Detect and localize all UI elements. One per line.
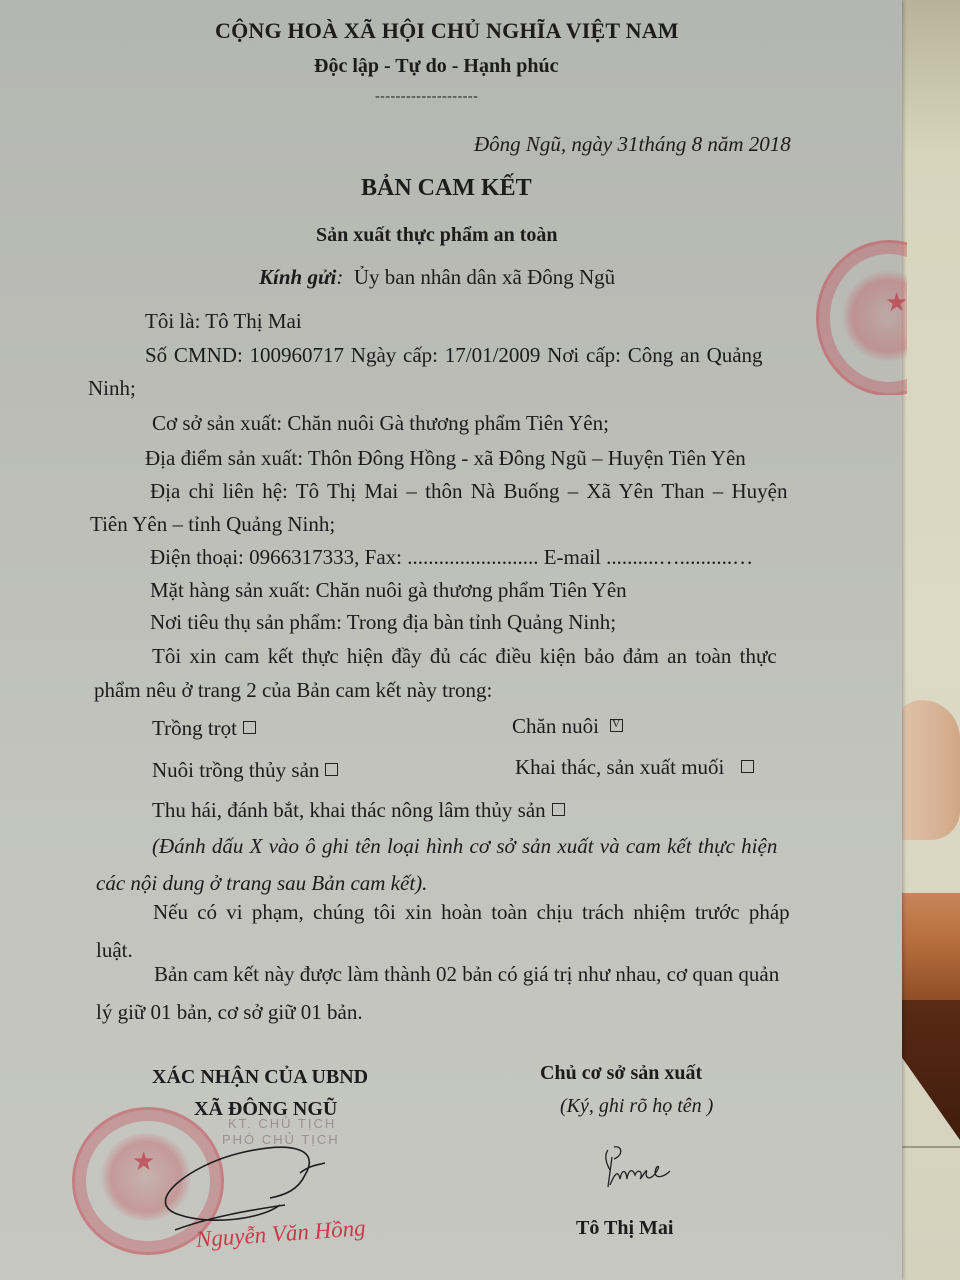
field-id-line2: Ninh;: [88, 378, 136, 399]
field-address-line1: Địa chỉ liên hệ: Tô Thị Mai – thôn Nà Bu…: [150, 481, 787, 502]
category-label: Khai thác, sản xuất muối: [515, 755, 724, 779]
recipient-value: Ủy ban nhân dân xã Đông Ngũ: [354, 265, 615, 289]
owner-signature: [600, 1145, 680, 1195]
category-label: Trồng trọt: [152, 716, 237, 740]
copies-line2: lý giữ 01 bản, cơ sở giữ 01 bản.: [96, 1002, 363, 1023]
category-khai-thac-muoi: Khai thác, sản xuất muối: [515, 757, 754, 778]
recipient-label: Kính gửi: [259, 265, 336, 289]
checkbox-thu-hai[interactable]: [552, 803, 565, 816]
date-line: Đông Ngũ, ngày 31tháng 8 năm 2018: [474, 134, 791, 155]
owner-title: Chủ cơ sở sản xuất: [540, 1063, 702, 1083]
field-contact: Điện thoại: 0966317333, Fax: ...........…: [150, 547, 753, 568]
background-floor-line: [896, 1146, 960, 1148]
confirm-title-line1: XÁC NHẬN CỦA UBND: [152, 1067, 368, 1087]
category-nuoi-trong-thuy-san: Nuôi trồng thủy sản: [152, 760, 338, 781]
commitment-line2: phẩm nêu ở trang 2 của Bản cam kết này t…: [94, 680, 492, 701]
liability-line2: luật.: [96, 940, 133, 961]
recipient-colon: :: [336, 265, 343, 289]
liability-line1: Nếu có vi phạm, chúng tôi xin hoàn toàn …: [153, 902, 790, 923]
field-address-line2: Tiên Yên – tỉnh Quảng Ninh;: [90, 514, 335, 535]
checkbox-nuoi-trong-thuy-san[interactable]: [325, 763, 338, 776]
copies-line1: Bản cam kết này được làm thành 02 bản có…: [154, 964, 779, 985]
recipient-line: Kính gửi: Ủy ban nhân dân xã Đông Ngũ: [259, 267, 615, 288]
stamp-kt-chu-tich: KT. CHỦ TỊCH: [228, 1117, 336, 1130]
field-location: Địa điểm sản xuất: Thôn Đông Hồng - xã Đ…: [145, 448, 746, 469]
category-label: Thu hái, đánh bắt, khai thác nông lâm th…: [152, 798, 546, 822]
document-title: BẢN CAM KẾT: [361, 176, 532, 200]
checkbox-khai-thac-muoi[interactable]: [741, 760, 754, 773]
national-title: CỘNG HOÀ XÃ HỘI CHỦ NGHĨA VIỆT NAM: [215, 20, 679, 42]
category-trong-trot: Trồng trọt: [152, 718, 256, 739]
category-chan-nuoi: Chăn nuôi: [512, 716, 623, 737]
background-arm: [896, 893, 960, 1003]
note-line2: các nội dung ở trang sau Bản cam kết).: [96, 873, 427, 894]
owner-sign-hint: (Ký, ghi rõ họ tên ): [560, 1096, 713, 1116]
checkbox-trong-trot[interactable]: [243, 721, 256, 734]
field-name: Tôi là: Tô Thị Mai: [145, 311, 302, 332]
category-thu-hai: Thu hái, đánh bắt, khai thác nông lâm th…: [152, 800, 565, 821]
document-subtitle: Sản xuất thực phẩm an toàn: [316, 225, 558, 245]
field-id-line1: Số CMND: 100960717 Ngày cấp: 17/01/2009 …: [145, 345, 763, 366]
category-label: Chăn nuôi: [512, 714, 599, 738]
document-page: CỘNG HOÀ XÃ HỘI CHỦ NGHĨA VIỆT NAM Độc l…: [0, 0, 902, 1280]
note-line1: (Đánh dấu X vào ô ghi tên loại hình cơ s…: [152, 836, 777, 857]
field-facility: Cơ sở sản xuất: Chăn nuôi Gà thương phẩm…: [152, 413, 609, 434]
field-market: Nơi tiêu thụ sản phẩm: Trong địa bàn tỉn…: [150, 612, 616, 633]
owner-name: Tô Thị Mai: [576, 1218, 673, 1238]
background-foot: [896, 700, 960, 840]
field-product: Mặt hàng sản xuất: Chăn nuôi gà thương p…: [150, 580, 627, 601]
commitment-line1: Tôi xin cam kết thực hiện đầy đủ các điề…: [152, 646, 777, 667]
header-separator: --------------------: [375, 90, 478, 104]
category-label: Nuôi trồng thủy sản: [152, 758, 319, 782]
checkbox-chan-nuoi-checked[interactable]: [610, 719, 623, 732]
national-motto: Độc lập - Tự do - Hạnh phúc: [314, 56, 558, 76]
